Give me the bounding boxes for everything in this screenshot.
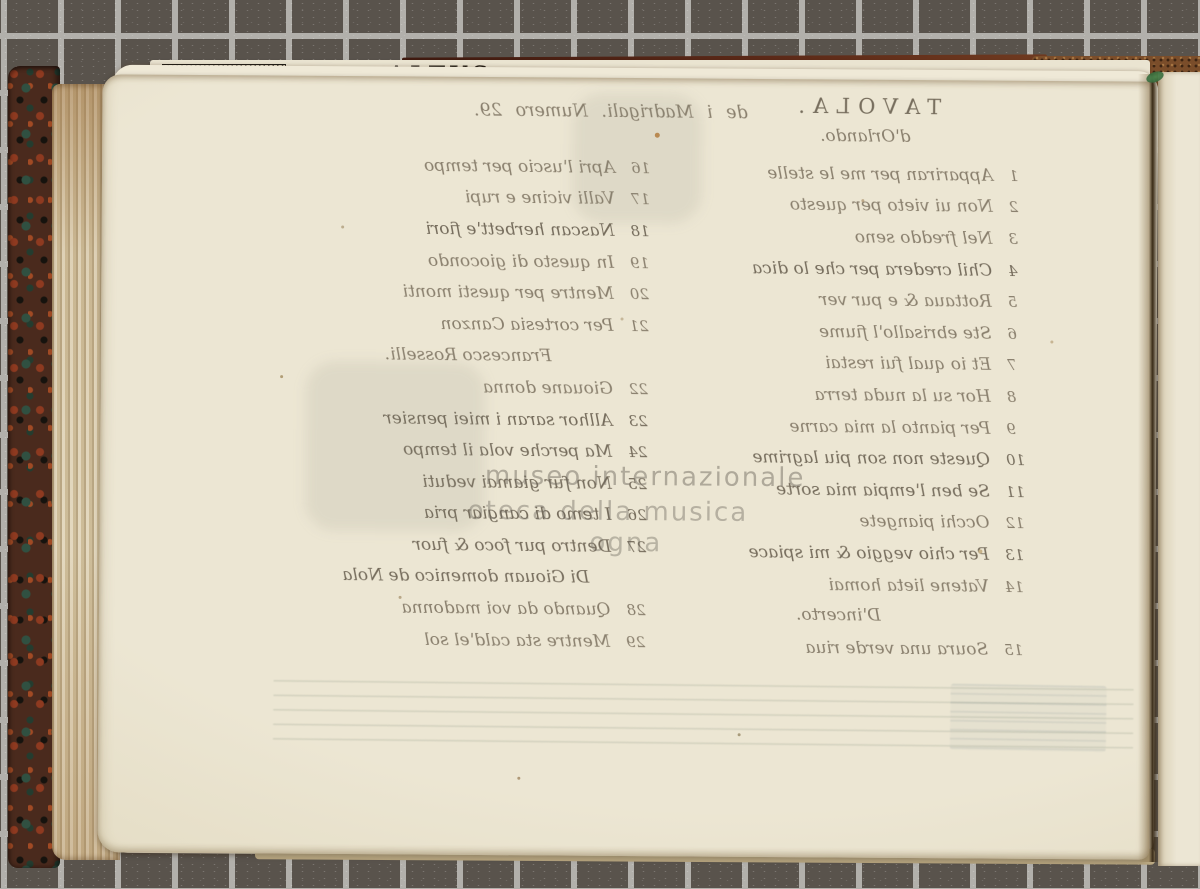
blank-verso-page: TAVOLA. d'Orlando. de i Madrigali. Numer… xyxy=(97,74,1154,859)
photo-of-book-on-grid: { "back_sheet": { "altus_label": "ALTVS"… xyxy=(0,0,1200,889)
paper-specks xyxy=(97,74,1154,859)
facing-page-strip xyxy=(1158,72,1200,866)
gutter-shadow xyxy=(1138,74,1164,862)
